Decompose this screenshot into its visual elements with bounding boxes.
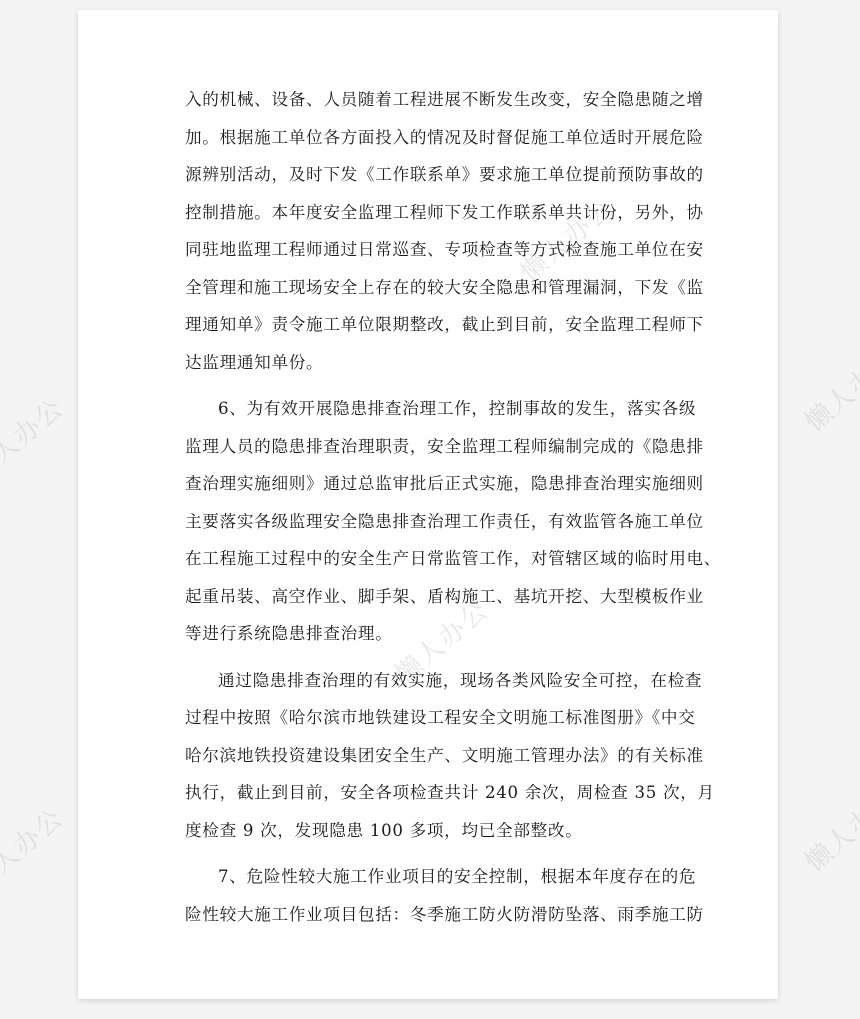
- text-line: 起重吊装、高空作业、脚手架、盾构施工、基坑开挖、大型模板作业: [185, 578, 677, 616]
- text-line: 险性较大施工作业项目包括：冬季施工防火防滑防坠落、雨季施工防: [185, 896, 677, 934]
- paragraph-inspection-results: 通过隐患排查治理的有效实施，现场各类风险安全可控，在检查 过程中按照《哈尔滨市地…: [185, 662, 677, 850]
- text-line: 全管理和施工现场安全上存在的较大安全隐患和管理漏洞，下发《监: [185, 269, 677, 307]
- text-line: 监理人员的隐患排查治理职责，安全监理工程师编制完成的《隐患排: [185, 428, 677, 466]
- text-line: 通过隐患排查治理的有效实施，现场各类风险安全可控，在检查: [185, 662, 677, 700]
- document-page: 懒人办公 懒人办公 入的机械、设备、人员随着工程进展不断发生改变，安全隐患随之增…: [78, 10, 778, 999]
- text-line: 入的机械、设备、人员随着工程进展不断发生改变，安全隐患随之增: [185, 81, 677, 119]
- text-line: 过程中按照《哈尔滨市地铁建设工程安全文明施工标准图册》《中交: [185, 699, 677, 737]
- document-viewer[interactable]: 懒人办公 懒人办公 懒人办公 懒人办公 懒人办公 懒人办公 入的机械、设备、人员…: [0, 0, 860, 1019]
- watermark: 懒人办公: [0, 388, 71, 488]
- watermark: 懒人办公: [796, 778, 860, 878]
- text-line: 度检查 9 次，发现隐患 100 多项，均已全部整改。: [185, 812, 677, 850]
- text-line: 6、为有效开展隐患排查治理工作，控制事故的发生，落实各级: [185, 390, 677, 428]
- paragraph-continuation: 入的机械、设备、人员随着工程进展不断发生改变，安全隐患随之增 加。根据施工单位各…: [185, 81, 677, 381]
- text-line: 在工程施工过程中的安全生产日常监管工作，对管辖区域的临时用电、: [185, 540, 677, 578]
- text-line: 加。根据施工单位各方面投入的情况及时督促施工单位适时开展危险: [185, 119, 677, 157]
- text-line: 7、危险性较大施工作业项目的安全控制，根据本年度存在的危: [185, 858, 677, 896]
- paragraph-item-6: 6、为有效开展隐患排查治理工作，控制事故的发生，落实各级 监理人员的隐患排查治理…: [185, 390, 677, 653]
- text-line: 控制措施。本年度安全监理工程师下发工作联系单共计份，另外，协: [185, 194, 677, 232]
- text-line: 源辨别活动，及时下发《工作联系单》要求施工单位提前预防事故的: [185, 156, 677, 194]
- text-line: 执行，截止到目前，安全各项检查共计 240 余次，周检查 35 次，月: [185, 774, 677, 812]
- text-line: 同驻地监理工程师通过日常巡查、专项检查等方式检查施工单位在安: [185, 231, 677, 269]
- text-line: 达监理通知单份。: [185, 344, 677, 382]
- text-line: 查治理实施细则》通过总监审批后正式实施，隐患排查治理实施细则: [185, 465, 677, 503]
- text-line: 理通知单》责令施工单位限期整改，截止到目前，安全监理工程师下: [185, 306, 677, 344]
- watermark: 懒人办公: [0, 798, 71, 898]
- paragraph-item-7: 7、危险性较大施工作业项目的安全控制，根据本年度存在的危 险性较大施工作业项目包…: [185, 858, 677, 933]
- document-body: 入的机械、设备、人员随着工程进展不断发生改变，安全隐患随之增 加。根据施工单位各…: [185, 81, 677, 942]
- text-line: 等进行系统隐患排查治理。: [185, 615, 677, 653]
- watermark: 懒人办公: [796, 338, 860, 438]
- text-line: 哈尔滨地铁投资建设集团安全生产、文明施工管理办法》的有关标准: [185, 737, 677, 775]
- text-line: 主要落实各级监理安全隐患排查治理工作责任，有效监管各施工单位: [185, 503, 677, 541]
